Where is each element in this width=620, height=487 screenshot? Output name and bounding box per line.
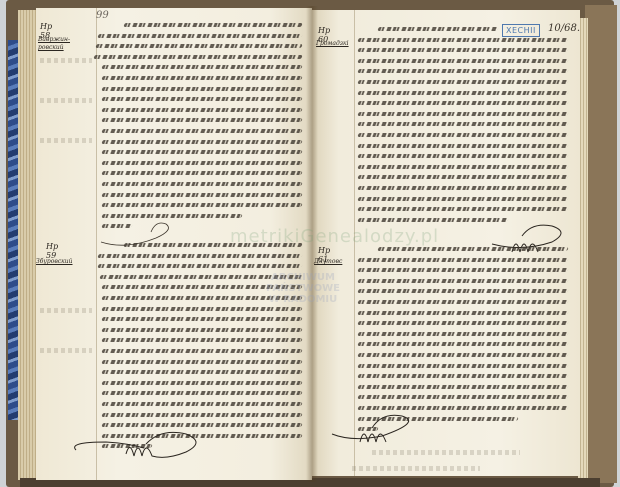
margin-surname-line: Збуровский [36,258,73,266]
entry-text [358,244,568,435]
entry-text [358,24,568,225]
margin-surname-line: ровский [38,44,70,52]
margin-surname-line: Громадзкі [316,40,349,48]
bleed-through [352,466,480,471]
margin-surname-line: Вавржин- [38,36,70,44]
signature [322,412,422,446]
bleed-through [40,138,92,143]
bleed-through [40,348,92,353]
bleed-through [40,58,92,63]
watermark-line: W RADOMIU [258,294,348,305]
entry-text [102,20,302,232]
book-cover-right-edge [585,5,617,483]
bleed-through [372,450,520,455]
margin-surname: Громадзкі [316,40,349,48]
margin-surname: Длутовс [314,258,342,266]
signature [66,430,206,464]
bleed-through [40,308,92,313]
watermark-line: PAŃSTWOWE [258,283,348,294]
margin-surname: Вавржин- ровский [38,36,70,52]
watermark-archive: ARCHIWUM PAŃSTWOWE W RADOMIU [258,272,348,305]
watermark-site: metrikiGenealodzy.pl [230,226,439,247]
watermark-line: ARCHIWUM [258,272,348,283]
bleed-through [40,98,92,103]
margin-surname: Збуровский [36,258,73,266]
margin-surname-line: Длутовс [314,258,342,266]
